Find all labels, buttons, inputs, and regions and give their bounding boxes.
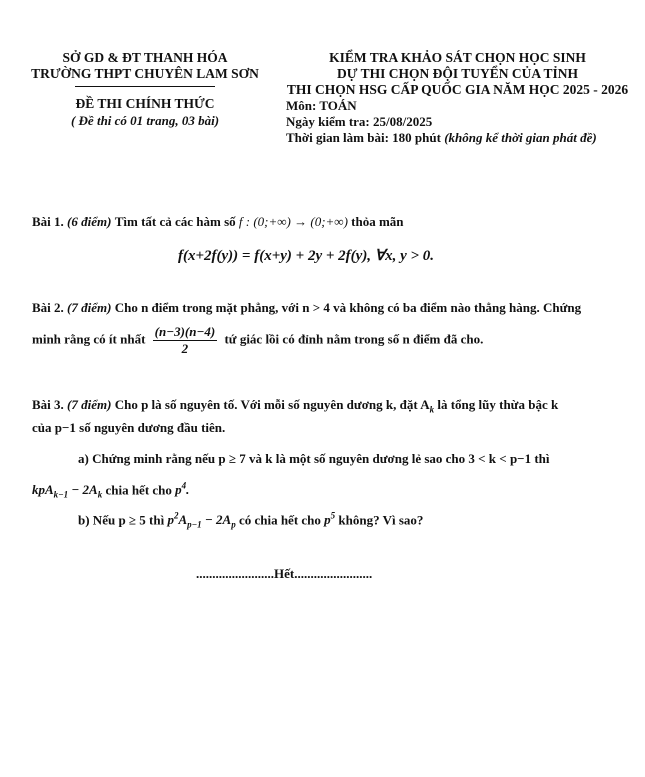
fraction-numerator: (n−3)(n−4) <box>153 324 218 341</box>
problem-3a-line2: kpAk−1 − 2Ak chia hết cho p4. <box>32 478 189 503</box>
problem-1-text: Tìm tất cả các hàm số <box>115 214 236 229</box>
problem-3b-text-after: có chia hết cho <box>239 512 321 527</box>
exam-title-line1: KIỂM TRA KHẢO SÁT CHỌN HỌC SINH <box>270 50 645 66</box>
problem-3a-text: chia hết cho <box>105 482 171 497</box>
problem-3b-expression: p2Ap−1 − 2Ap <box>167 512 235 527</box>
problem-3a-power: p4. <box>175 482 189 497</box>
exam-duration: Thời gian làm bài: 180 phút (không kể th… <box>286 130 597 146</box>
problem-2-line2: minh rằng có ít nhất (n−3)(n−4) 2 tứ giá… <box>32 324 483 357</box>
problem-2-label: Bài 2. <box>32 300 64 315</box>
problem-2-text-before: minh rằng có ít nhất <box>32 331 145 346</box>
problem-3-line2: của p−1 số nguyên dương đầu tiên. <box>32 420 225 436</box>
exam-page-note: ( Đề thi có 01 trang, 03 bài) <box>0 113 290 129</box>
problem-3b-text-end: không? Vì sao? <box>338 512 423 527</box>
problem-3-line1: Bài 3. (7 điểm) Cho p là số nguyên tố. V… <box>32 397 558 418</box>
exam-subject: Môn: TOÁN <box>286 98 357 114</box>
end-mark: ........................Hết.............… <box>196 566 372 582</box>
problem-1-text-after: thỏa mãn <box>351 214 403 229</box>
school-name: TRƯỜNG THPT CHUYÊN LAM SƠN <box>0 66 290 82</box>
exam-duration-text: Thời gian làm bài: 180 phút <box>286 130 441 145</box>
problem-3a-expression: kpAk−1 − 2Ak <box>32 482 102 497</box>
problem-1-statement: Bài 1. (6 điểm) Tìm tất cả các hàm số f … <box>32 214 404 230</box>
problem-3b-text-before: b) Nếu p ≥ 5 thì <box>78 512 164 527</box>
problem-3-text: Cho p là số nguyên tố. Với mỗi số nguyên… <box>115 397 430 412</box>
problem-3a-line1: a) Chứng minh rằng nếu p ≥ 7 và k là một… <box>78 451 550 467</box>
problem-1-points: (6 điểm) <box>67 214 111 229</box>
problem-2-points: (7 điểm) <box>67 300 111 315</box>
header-divider <box>75 86 215 87</box>
problem-2-fraction: (n−3)(n−4) 2 <box>153 324 218 357</box>
exam-title-line3: THI CHỌN HSG CẤP QUỐC GIA NĂM HỌC 2025 -… <box>270 82 645 98</box>
problem-3-label: Bài 3. <box>32 397 64 412</box>
exam-duration-note: (không kể thời gian phát đề) <box>444 130 597 145</box>
exam-date: Ngày kiểm tra: 25/08/2025 <box>286 114 432 130</box>
problem-1-label: Bài 1. <box>32 214 64 229</box>
problem-2-text: Cho n điểm trong mặt phẳng, với n > 4 và… <box>115 300 581 315</box>
problem-2-text-after: tứ giác lồi có đỉnh nằm trong số n điểm … <box>224 331 483 346</box>
problem-2-line1: Bài 2. (7 điểm) Cho n điểm trong mặt phẳ… <box>32 300 622 316</box>
fraction-denominator: 2 <box>153 341 218 357</box>
problem-3-points: (7 điểm) <box>67 397 111 412</box>
problem-3-text-after: là tổng lũy thừa bậc k <box>434 397 558 412</box>
problem-1-domain: f : (0;+∞) → (0;+∞) <box>239 214 348 229</box>
exam-title-line2: DỰ THI CHỌN ĐỘI TUYỂN CỦA TỈNH <box>270 66 645 82</box>
official-exam-label: ĐỀ THI CHÍNH THỨC <box>0 96 290 112</box>
problem-3b-power: p5 <box>324 512 335 527</box>
department-name: SỞ GD & ĐT THANH HÓA <box>0 50 290 66</box>
problem-3b-line: b) Nếu p ≥ 5 thì p2Ap−1 − 2Ap có chia hế… <box>78 508 423 533</box>
problem-1-equation: f(x+2f(y)) = f(x+y) + 2y + 2f(y), ∀x, y … <box>178 246 434 265</box>
